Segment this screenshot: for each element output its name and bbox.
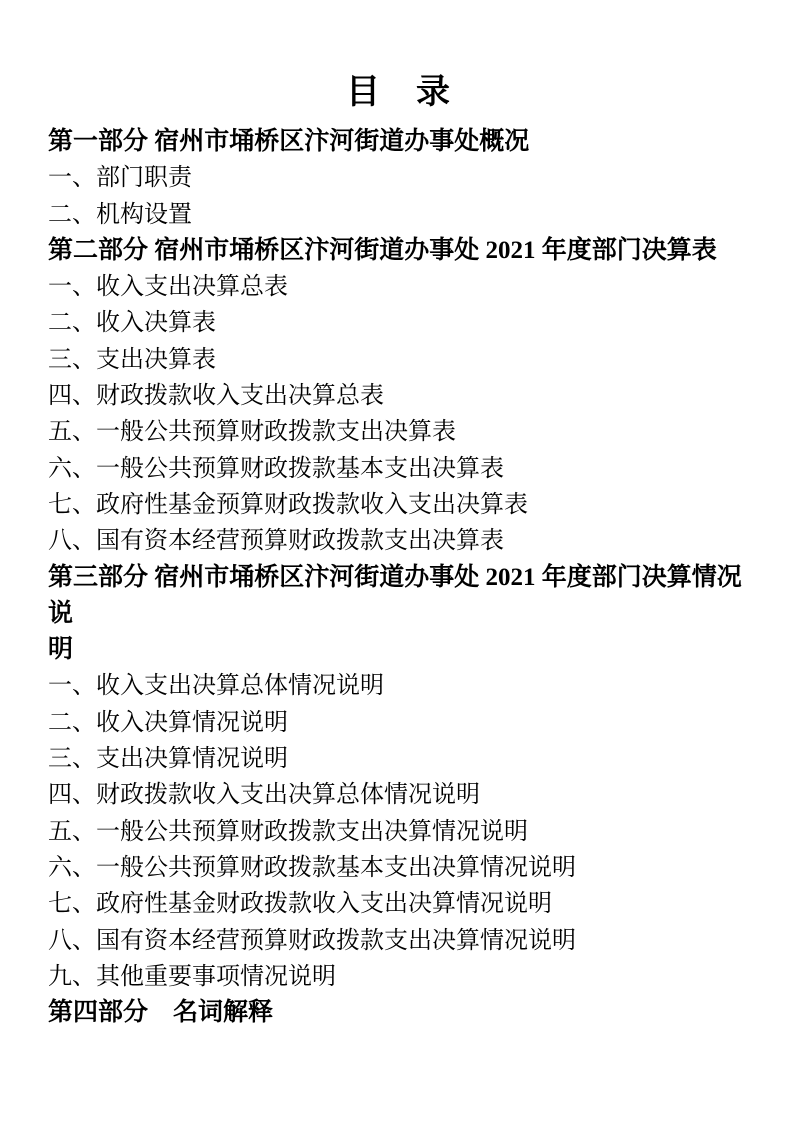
toc-section-heading: 第一部分 宿州市埇桥区汴河街道办事处概况 <box>48 124 749 160</box>
toc-list: 第一部分 宿州市埇桥区汴河街道办事处概况一、部门职责二、机构设置第二部分 宿州市… <box>48 124 749 1031</box>
toc-item: 六、一般公共预算财政拨款基本支出决算表 <box>48 451 749 487</box>
toc-item: 九、其他重要事项情况说明 <box>48 959 749 995</box>
toc-section-heading: 第三部分 宿州市埇桥区汴河街道办事处 2021 年度部门决算情况说 明 <box>48 560 749 669</box>
toc-item: 二、收入决算情况说明 <box>48 705 749 741</box>
toc-item: 六、一般公共预算财政拨款基本支出决算情况说明 <box>48 850 749 886</box>
toc-item: 五、一般公共预算财政拨款支出决算表 <box>48 414 749 450</box>
toc-item: 二、机构设置 <box>48 197 749 233</box>
toc-item: 一、收入支出决算总表 <box>48 269 749 305</box>
toc-item: 八、国有资本经营预算财政拨款支出决算情况说明 <box>48 923 749 959</box>
toc-item: 七、政府性基金预算财政拨款收入支出决算表 <box>48 487 749 523</box>
toc-item: 一、部门职责 <box>48 160 749 196</box>
page-title: 目 录 <box>48 70 749 116</box>
toc-section-heading: 第四部分 名词解释 <box>48 995 749 1031</box>
toc-item: 七、政府性基金财政拨款收入支出决算情况说明 <box>48 886 749 922</box>
toc-item: 四、财政拨款收入支出决算总体情况说明 <box>48 777 749 813</box>
toc-section-heading: 第二部分 宿州市埇桥区汴河街道办事处 2021 年度部门决算表 <box>48 233 749 269</box>
toc-item: 五、一般公共预算财政拨款支出决算情况说明 <box>48 814 749 850</box>
toc-item: 八、国有资本经营预算财政拨款支出决算表 <box>48 523 749 559</box>
toc-item: 二、收入决算表 <box>48 305 749 341</box>
toc-item: 四、财政拨款收入支出决算总表 <box>48 378 749 414</box>
toc-item: 一、收入支出决算总体情况说明 <box>48 668 749 704</box>
toc-item: 三、支出决算情况说明 <box>48 741 749 777</box>
toc-item: 三、支出决算表 <box>48 342 749 378</box>
document-page: 目 录 第一部分 宿州市埇桥区汴河街道办事处概况一、部门职责二、机构设置第二部分… <box>0 0 793 1122</box>
